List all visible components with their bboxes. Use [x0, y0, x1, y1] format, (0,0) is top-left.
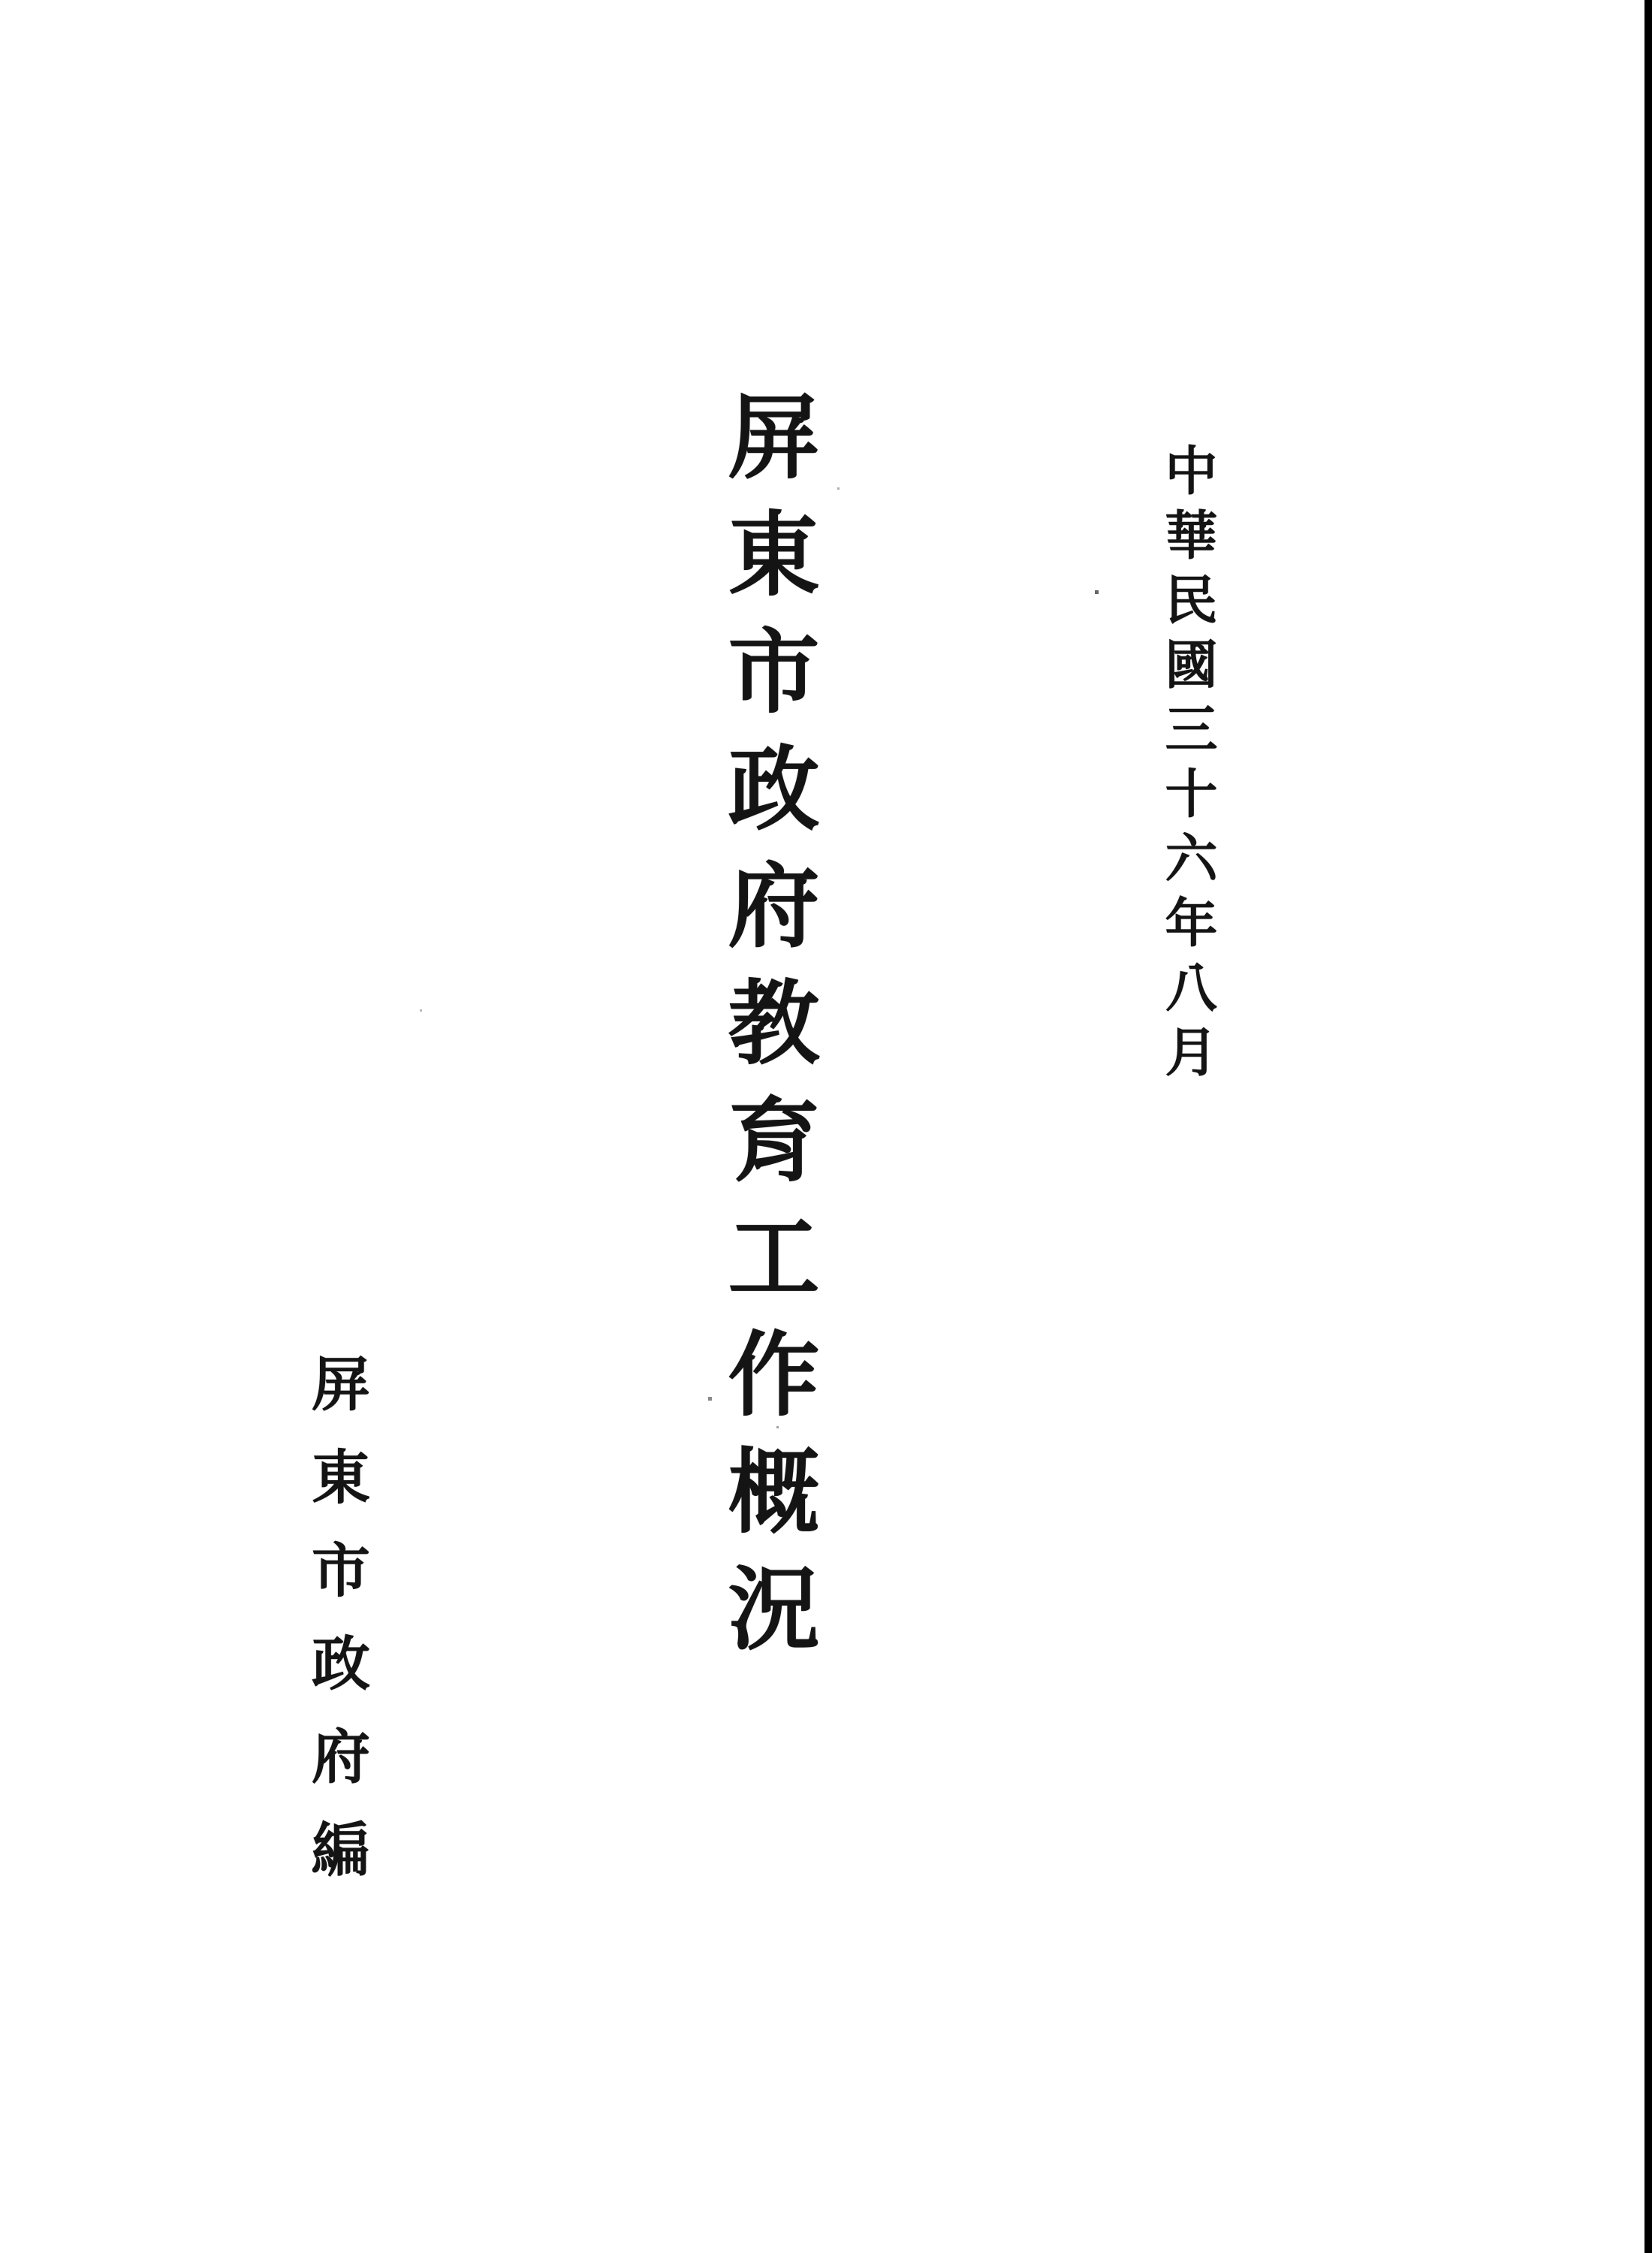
scanned-page: 屏東市政府教育工作概況 中華民國三十六年八月 屏東市政府編	[0, 0, 1652, 2253]
publication-date: 中華民國三十六年八月	[1159, 443, 1212, 1089]
scan-edge-bar	[1644, 0, 1652, 2253]
publisher-editor: 屏東市政府編	[306, 1353, 365, 1912]
book-title: 屏東市政府教育工作概況	[719, 389, 810, 1678]
scan-noise-specks	[0, 0, 1, 1]
